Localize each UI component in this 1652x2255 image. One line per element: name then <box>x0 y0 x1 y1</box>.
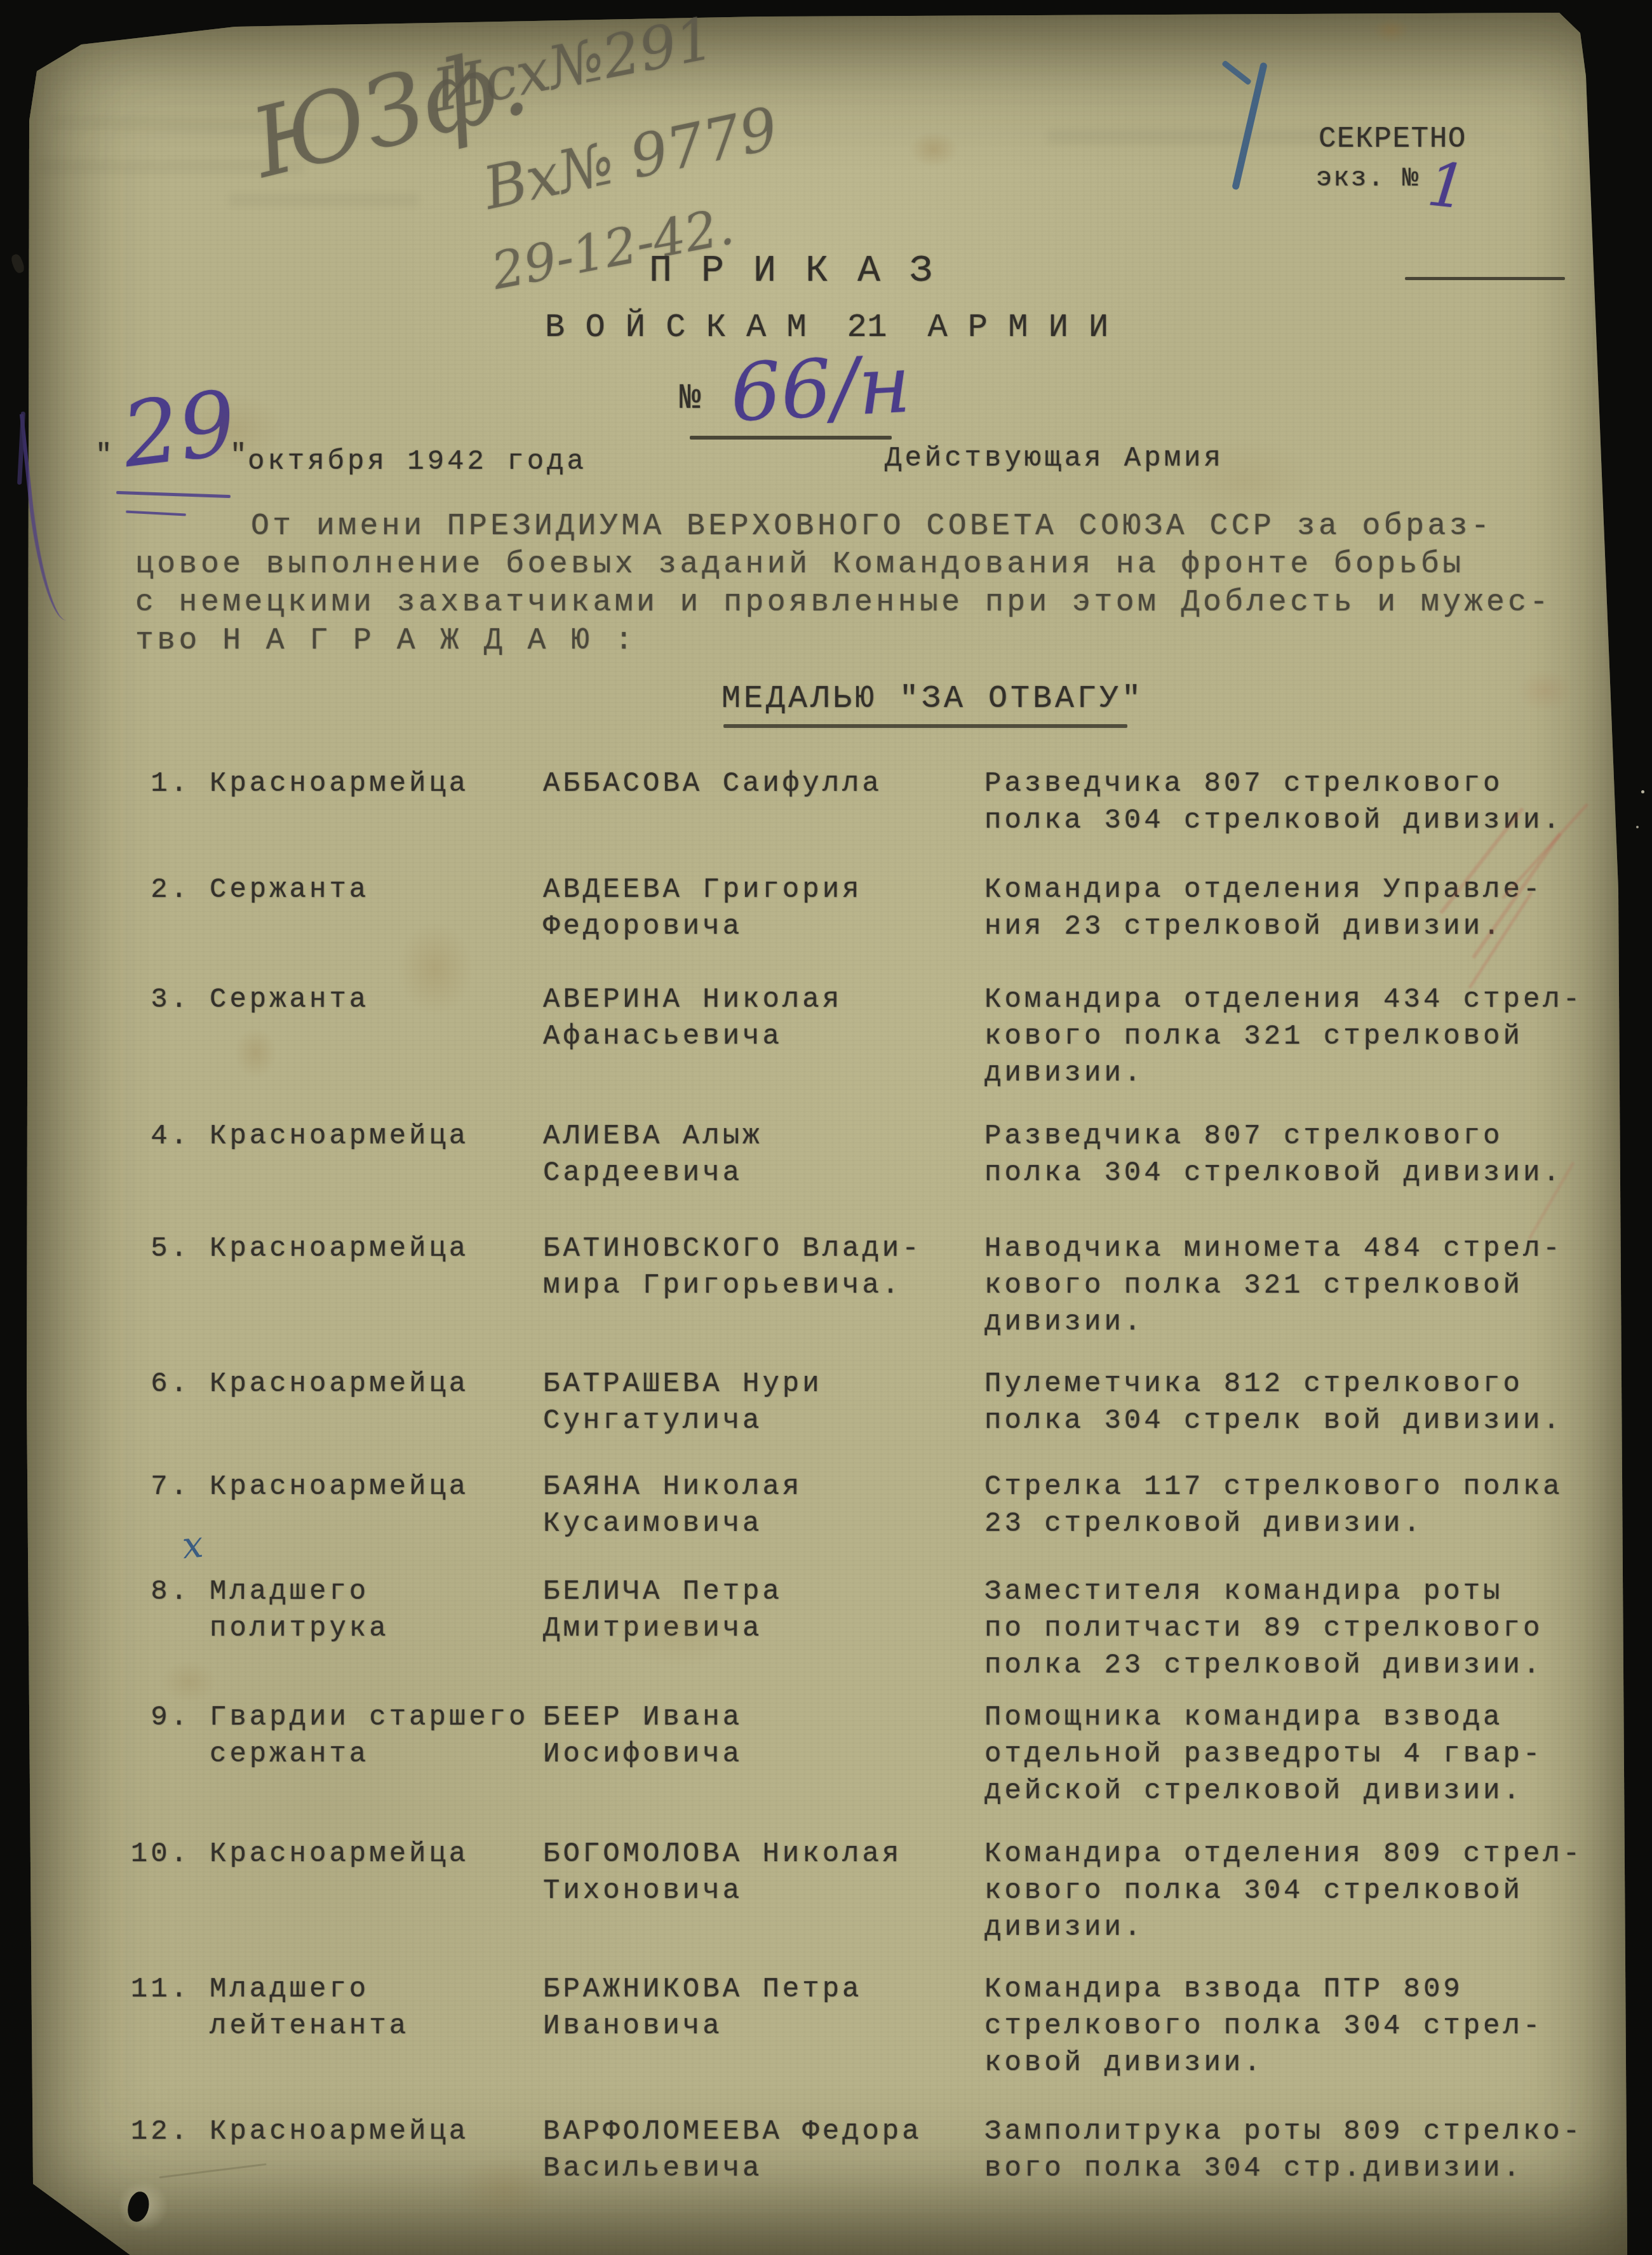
entry-number: 6. <box>108 1366 191 1403</box>
entry-name: БАТРАШЕВА НуриСунгатулича <box>543 1366 823 1439</box>
entry-number: 10. <box>108 1836 191 1873</box>
day-quote-close: " <box>230 437 250 474</box>
entry-citation-line: отдельной разведроты 4 гвар- <box>984 1736 1543 1773</box>
entry-rank-line: политрука <box>210 1610 389 1647</box>
entry-rank-line: Младшего <box>210 1573 389 1610</box>
preamble-line-3: с немецкими захватчиками и проявленные п… <box>135 584 1552 621</box>
preamble-line-1: От имени ПРЕЗИДИУМА ВЕРХОВНОГО СОВЕТА СО… <box>251 508 1493 545</box>
entry-citation: Наводчика миномета 484 стрел-кового полк… <box>984 1230 1563 1341</box>
entry-citation-line: дивизии. <box>984 1304 1563 1341</box>
entry-name-line: Иосифовича <box>543 1736 742 1773</box>
entry-number: 2. <box>108 872 191 908</box>
bleed-through <box>229 194 419 206</box>
entry-number: 12. <box>108 2113 191 2150</box>
entry-citation-line: кового полка 321 стрелковой <box>984 1018 1583 1055</box>
entry-name-line: Сардеевича <box>543 1155 762 1192</box>
entry-name-line: БРАЖНИКОВА Петра <box>543 1971 862 2008</box>
entry-name: АВЕРИНА НиколаяАфанасьевича <box>543 981 842 1055</box>
day-quote-open: " <box>95 437 115 474</box>
entry-rank: Красноармейца <box>210 1836 469 1873</box>
entry-name: АЛИЕВА АлыжСардеевича <box>543 1118 762 1192</box>
army-in-field-label: Действующая Армия <box>885 440 1224 477</box>
entry-citation: Командира отделения Управле-ния 23 стрел… <box>984 872 1543 945</box>
entry-rank-line: Гвардии старшего <box>210 1699 528 1736</box>
entry-rank-line: Красноармейца <box>210 1230 469 1267</box>
order-addressee: В О Й С К А М 21 А Р М И И <box>545 309 1109 346</box>
entry-citation-line: дивизии. <box>984 1909 1583 1946</box>
award-heading: МЕДАЛЬЮ "ЗА ОТВАГУ" <box>722 681 1144 718</box>
entry-rank-line: Красноармейца <box>210 2113 469 2150</box>
order-number-handwritten: 66/н <box>728 339 913 440</box>
entry-name-line: Ивановича <box>543 2008 862 2045</box>
entry-name-line: Федоровича <box>543 908 862 945</box>
entry-rank-line: Сержанта <box>210 981 369 1018</box>
entry-name-line: БАЯНА Николая <box>543 1469 802 1505</box>
entry-number: 1. <box>108 765 191 802</box>
entry-citation: Командира взвода ПТР 809стрелкового полк… <box>984 1971 1543 2082</box>
entry-number: 9. <box>108 1699 191 1736</box>
entry-citation: Разведчика 807 стрелковогополка 304 стре… <box>984 1118 1563 1192</box>
entry-rank: Красноармейца <box>210 2113 469 2150</box>
entry-name-line: Кусаимовича <box>543 1505 802 1542</box>
entry-citation-line: Командира взвода ПТР 809 <box>984 1971 1543 2008</box>
entry-citation-line: кового полка 304 стрелковой <box>984 1873 1583 1909</box>
entry-citation: Помощника командира взводаотдельной разв… <box>984 1699 1543 1810</box>
copy-number-handwritten: 1 <box>1424 149 1470 223</box>
order-title: ПРИКАЗ <box>649 253 962 290</box>
entry-citation-line: по политчасти 89 стрелкового <box>984 1610 1543 1647</box>
entry-rank: Младшеголейтенанта <box>210 1971 409 2045</box>
entry-name-line: АВДЕЕВА Григория <box>543 872 862 908</box>
entry-number: 11. <box>108 1971 191 2008</box>
entry-name-line: Сунгатулича <box>543 1403 823 1439</box>
dust-speck <box>1641 790 1644 793</box>
entry-citation-line: Стрелка 117 стрелкового полка <box>984 1469 1563 1505</box>
preamble-line-2: цовое выполнение боевых заданий Командов… <box>135 546 1465 583</box>
entry-citation-line: дивизии. <box>984 1055 1583 1092</box>
entry-number: 3. <box>108 981 191 1018</box>
entry-citation-line: Разведчика 807 стрелкового <box>984 765 1563 802</box>
entry-name-line: АББАСОВА Саифулла <box>543 765 882 802</box>
entry-rank-line: Сержанта <box>210 872 369 908</box>
entry-name-line: БОГОМОЛОВА Николая <box>543 1836 902 1873</box>
entry-rank: Красноармейца <box>210 765 469 802</box>
entry-citation-line: ковой дивизии. <box>984 2045 1543 2082</box>
entry-rank: Гвардии старшегосержанта <box>210 1699 528 1773</box>
entry-name: АВДЕЕВА ГригорияФедоровича <box>543 872 862 945</box>
entry-number: 7. <box>108 1469 191 1505</box>
entry-citation-line: полка 304 стрелк вой дивизии. <box>984 1403 1563 1439</box>
order-number-sign: № <box>680 380 704 417</box>
entry-rank: Младшегополитрука <box>210 1573 389 1647</box>
entry-citation-line: Заместителя командира роты <box>984 1573 1543 1610</box>
entry-rank-line: Красноармейца <box>210 1469 469 1505</box>
entry-citation-line: дейской стрелковой дивизии. <box>984 1773 1543 1810</box>
entry-name-line: Афанасьевича <box>543 1018 842 1055</box>
entry-citation-line: Помощника командира взвода <box>984 1699 1543 1736</box>
entry-citation: Стрелка 117 стрелкового полка23 стрелков… <box>984 1469 1563 1542</box>
entry-name: БАЯНА НиколаяКусаимовича <box>543 1469 802 1542</box>
entry-citation-line: полка 304 стрелковой дивизии. <box>984 802 1563 839</box>
scanned-document: ЮЗф. Исх№291 Вх№ 9779 29-12-42. СЕКРЕТНО… <box>0 0 1652 2255</box>
entry-citation: Командира отделения 434 стрел-кового пол… <box>984 981 1583 1092</box>
copy-number-label: экз. № <box>1316 160 1420 197</box>
entry-name-line: БЕЕР Ивана <box>543 1699 742 1736</box>
entry-citation-line: стрелкового полка 304 стрел- <box>984 2008 1543 2045</box>
entry-name-line: АВЕРИНА Николая <box>543 981 842 1018</box>
entry-name-line: Васильевича <box>543 2150 922 2187</box>
order-number-underline <box>690 436 892 440</box>
entry-citation-line: Командира отделения 434 стрел- <box>984 981 1583 1018</box>
entry-rank: Красноармейца <box>210 1230 469 1267</box>
entry-citation-line: Пулеметчика 812 стрелкового <box>984 1366 1563 1403</box>
entry-rank: Красноармейца <box>210 1366 469 1403</box>
entry-name-line: АЛИЕВА Алыж <box>543 1118 762 1155</box>
entry-citation-line: Наводчика миномета 484 стрел- <box>984 1230 1563 1267</box>
entry-citation: Разведчика 807 стрелковогополка 304 стре… <box>984 765 1563 839</box>
entry-name: БОГОМОЛОВА НиколаяТихоновича <box>543 1836 902 1909</box>
entry-citation: Пулеметчика 812 стрелковогополка 304 стр… <box>984 1366 1563 1439</box>
entry-citation-line: вого полка 304 стр.дивизии. <box>984 2150 1583 2187</box>
entry-name-line: БЕЛИЧА Петра <box>543 1573 782 1610</box>
entry-name-line: ВАРФОЛОМЕЕВА Федора <box>543 2113 922 2150</box>
entry-citation-line: 23 стрелковой дивизии. <box>984 1505 1563 1542</box>
date-text: октября 1942 года <box>248 443 587 480</box>
entry-citation-line: Разведчика 807 стрелкового <box>984 1118 1563 1155</box>
entry-rank-line: Младшего <box>210 1971 409 2008</box>
entry-citation-line: полка 23 стрелковой дивизии. <box>984 1647 1543 1684</box>
entry-rank-line: лейтенанта <box>210 2008 409 2045</box>
dust-speck <box>1636 826 1639 828</box>
entry-rank-line: Красноармейца <box>210 1836 469 1873</box>
margin-blot <box>10 253 25 274</box>
entry-name-line: Дмитриевича <box>543 1610 782 1647</box>
entry-rank-line: сержанта <box>210 1736 528 1773</box>
entry-citation-line: Командира отделения 809 стрел- <box>984 1836 1583 1873</box>
day-handwritten: 29 <box>117 372 242 488</box>
entry-name: БРАЖНИКОВА ПетраИвановича <box>543 1971 862 2045</box>
entry-name-line: БАТРАШЕВА Нури <box>543 1366 823 1403</box>
copy-number-underline <box>1405 277 1565 280</box>
entry-rank-line: Красноармейца <box>210 1118 469 1155</box>
entry-citation: Командира отделения 809 стрел-кового пол… <box>984 1836 1583 1946</box>
entry-citation: Заместителя командира ротыпо политчасти … <box>984 1573 1543 1684</box>
entry-rank-line: Красноармейца <box>210 765 469 802</box>
entry-citation-line: ния 23 стрелковой дивизии. <box>984 908 1543 945</box>
entry-citation-line: полка 304 стрелковой дивизии. <box>984 1155 1563 1192</box>
entry-name: БЕЛИЧА ПетраДмитриевича <box>543 1573 782 1647</box>
entry-rank-line: Красноармейца <box>210 1366 469 1403</box>
margin-check-mark: х <box>180 1523 205 1568</box>
entry-name: БЕЕР ИванаИосифовича <box>543 1699 742 1773</box>
entry-name-line: мира Григорьевича. <box>543 1267 922 1304</box>
entry-name: ВАРФОЛОМЕЕВА ФедораВасильевича <box>543 2113 922 2187</box>
entry-rank: Сержанта <box>210 872 369 908</box>
entry-number: 5. <box>108 1230 191 1267</box>
entry-citation: Замполитрука роты 809 стрелко-вого полка… <box>984 2113 1583 2187</box>
entry-rank: Красноармейца <box>210 1118 469 1155</box>
award-heading-underline <box>723 724 1127 728</box>
entry-rank: Сержанта <box>210 981 369 1018</box>
entry-name-line: БАТИНОВСКОГО Влади- <box>543 1230 922 1267</box>
entry-name: АББАСОВА Саифулла <box>543 765 882 802</box>
entry-citation-line: кового полка 321 стрелковой <box>984 1267 1563 1304</box>
entry-citation-line: Замполитрука роты 809 стрелко- <box>984 2113 1583 2150</box>
entry-name: БАТИНОВСКОГО Влади-мира Григорьевича. <box>543 1230 922 1304</box>
preamble-line-4: тво Н А Г Р А Ж Д А Ю : <box>135 623 636 659</box>
entry-name-line: Тихоновича <box>543 1873 902 1909</box>
entry-number: 8. <box>108 1573 191 1610</box>
entry-rank: Красноармейца <box>210 1469 469 1505</box>
entry-number: 4. <box>108 1118 191 1155</box>
